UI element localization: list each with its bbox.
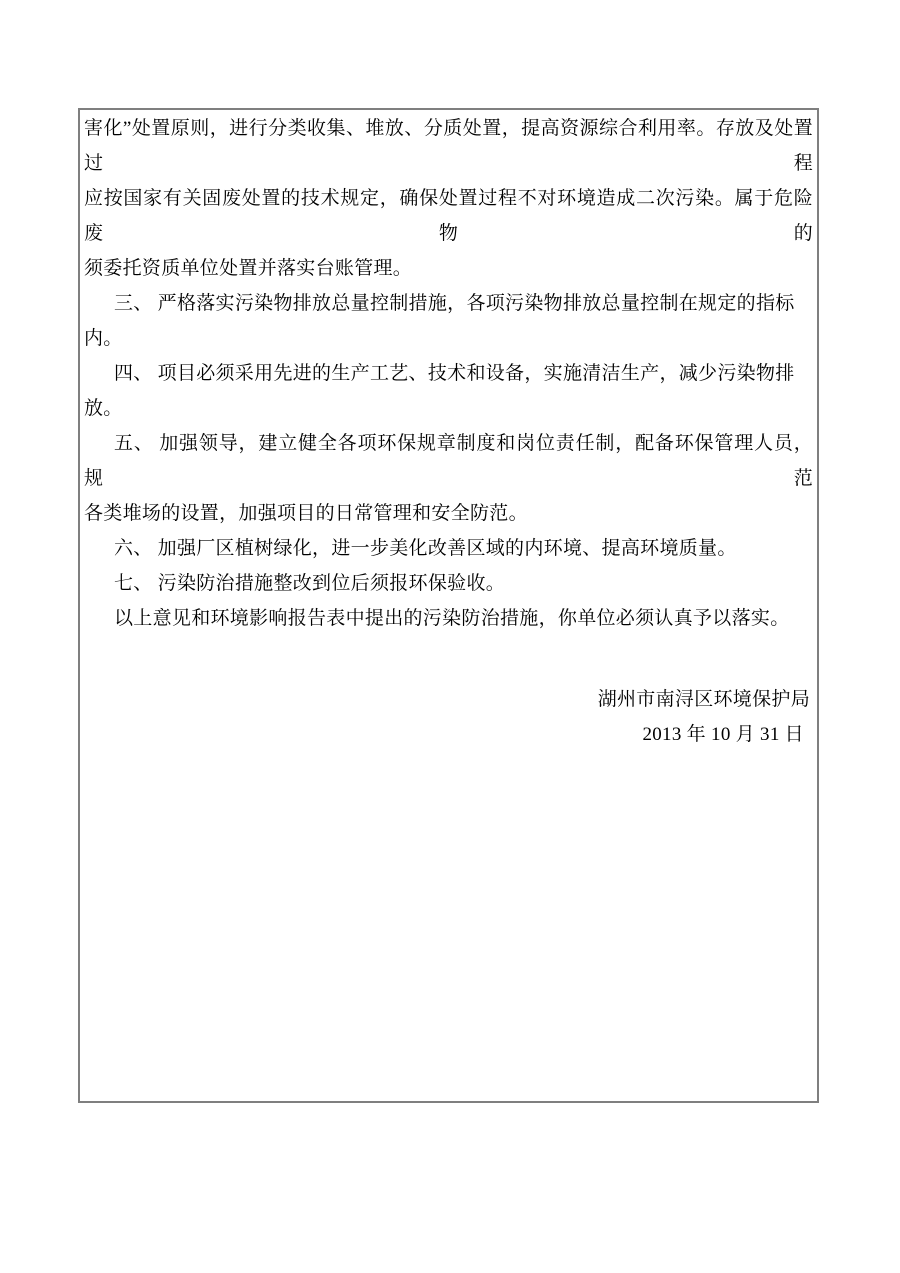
opening-paragraph-line-2: 应按国家有关固废处置的技术规定，确保处置过程不对环境造成二次污染。属于危险废物的 xyxy=(84,181,813,251)
opening-paragraph-line-3: 须委托资质单位处置并落实台账管理。 xyxy=(84,251,813,286)
document-frame: 害化”处置原则，进行分类收集、堆放、分质处置，提高资源综合利用率。存放及处置过程… xyxy=(78,108,819,1103)
item-three: 三、 严格落实污染物排放总量控制措施，各项污染物排放总量控制在规定的指标内。 xyxy=(84,286,813,356)
signature-organization: 湖州市南浔区环境保护局 xyxy=(84,682,813,717)
opening-paragraph-line-1: 害化”处置原则，进行分类收集、堆放、分质处置，提高资源综合利用率。存放及处置过程 xyxy=(84,111,813,181)
signature-gap xyxy=(84,636,813,682)
item-six: 六、 加强厂区植树绿化，进一步美化改善区域的内环境、提高环境质量。 xyxy=(84,531,813,566)
document-page: 害化”处置原则，进行分类收集、堆放、分质处置，提高资源综合利用率。存放及处置过程… xyxy=(0,0,900,1273)
item-four: 四、 项目必须采用先进的生产工艺、技术和设备，实施清洁生产，减少污染物排放。 xyxy=(84,356,813,426)
item-five-line-2: 各类堆场的设置，加强项目的日常管理和安全防范。 xyxy=(84,496,813,531)
item-five-line-1: 五、 加强领导，建立健全各项环保规章制度和岗位责任制，配备环保管理人员，规范 xyxy=(84,426,813,496)
signature-date: 2013 年 10 月 31 日 xyxy=(84,717,813,752)
item-seven: 七、 污染防治措施整改到位后须报环保验收。 xyxy=(84,566,813,601)
closing-paragraph: 以上意见和环境影响报告表中提出的污染防治措施，你单位必须认真予以落实。 xyxy=(84,601,813,636)
